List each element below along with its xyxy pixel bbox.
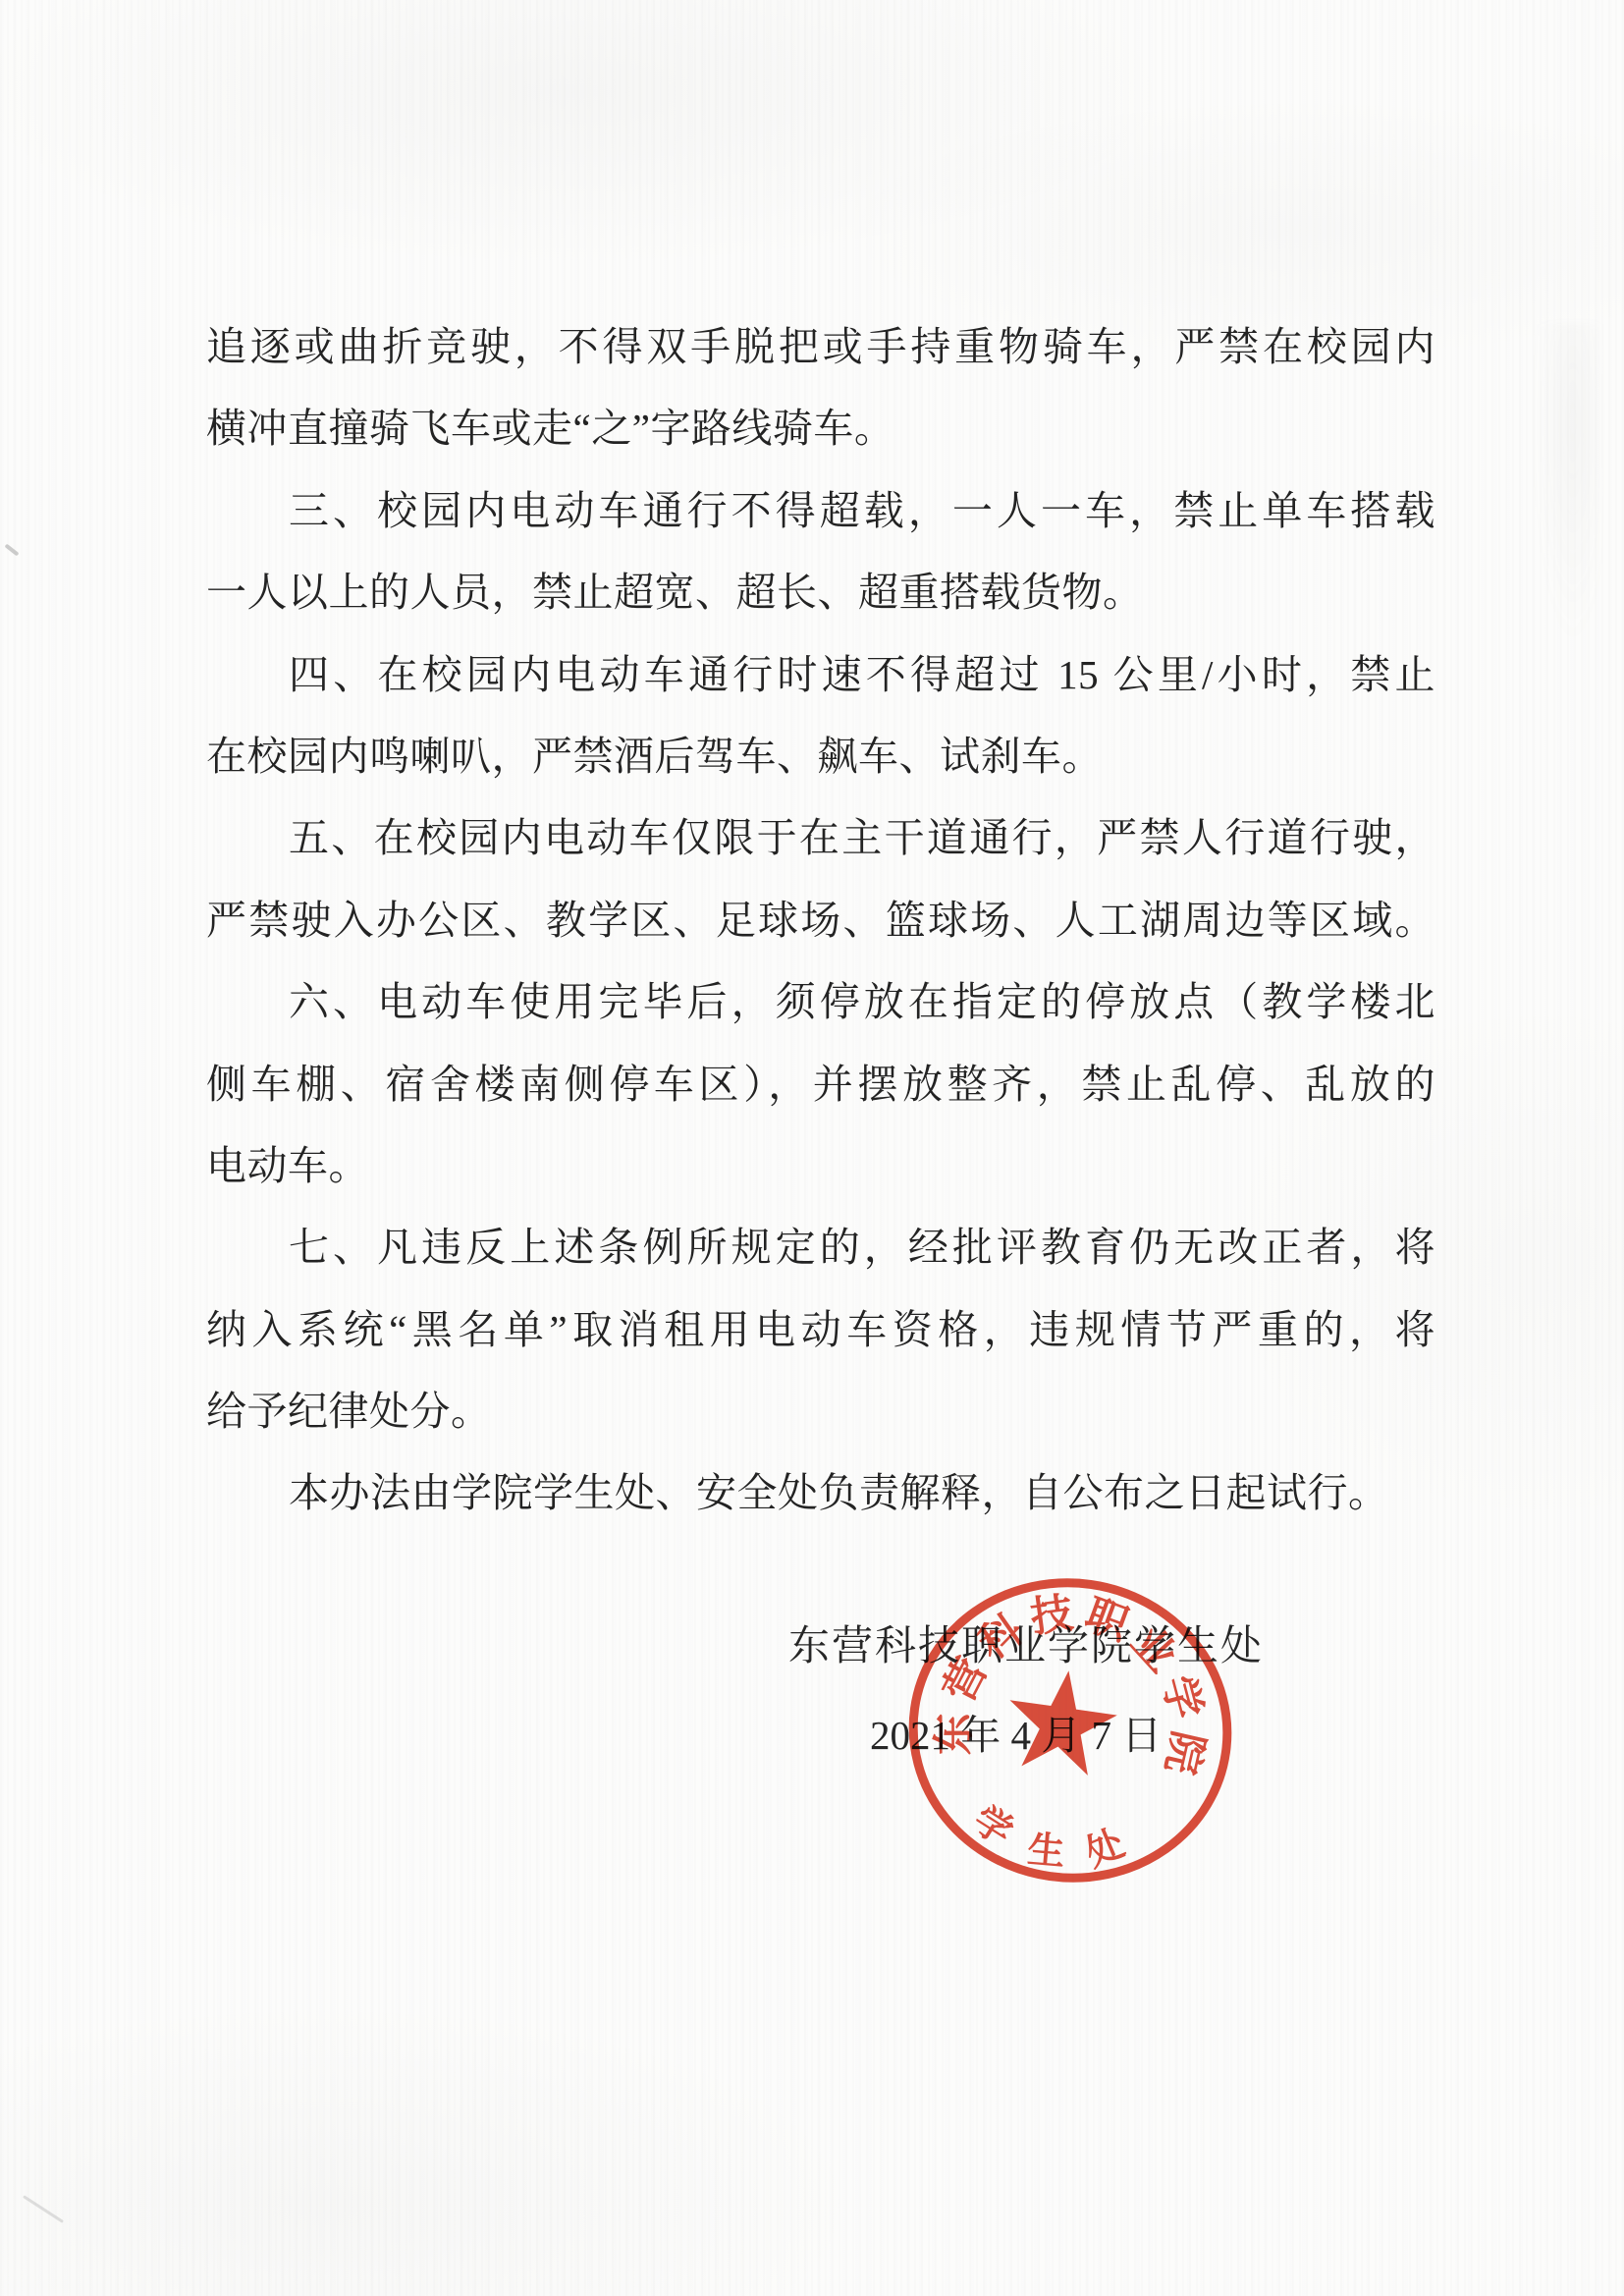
scanned-document-page: 追逐或曲折竞驶，不得双手脱把或手持重物骑车，严禁在校园内 横冲直撞骑飞车或走“之… <box>0 0 1624 2296</box>
official-seal: 东营科技职业学院 学生处 <box>898 1558 1242 1902</box>
seal-star-icon <box>1001 1664 1122 1778</box>
body-line: 严禁驶入办公区、教学区、足球场、篮球场、人工湖周边等区域。 <box>206 880 1435 961</box>
scan-artifact <box>23 2195 64 2223</box>
scan-artifact <box>1532 324 1600 648</box>
body-line: 追逐或曲折竞驶，不得双手脱把或手持重物骑车，严禁在校园内 <box>206 306 1435 388</box>
body-line: 电动车。 <box>206 1125 1435 1207</box>
body-line: 横冲直撞骑飞车或走“之”字路线骑车。 <box>206 388 1435 469</box>
body-line-closing: 本办法由学院学生处、安全处负责解释，自公布之日起试行。 <box>206 1452 1435 1534</box>
scan-artifact <box>4 543 19 556</box>
body-line: 纳入系统“黑名单”取消租用电动车资格，违规情节严重的，将 <box>206 1289 1435 1371</box>
document-body: 追逐或曲折竞驶，不得双手脱把或手持重物骑车，严禁在校园内 横冲直撞骑飞车或走“之… <box>206 306 1435 1535</box>
svg-text:学生处: 学生处 <box>962 1788 1161 1887</box>
body-line-item-5: 五、在校园内电动车仅限于在主干道通行，严禁人行道行驶， <box>206 797 1435 879</box>
official-seal-svg: 东营科技职业学院 学生处 <box>898 1558 1242 1902</box>
body-line: 在校园内鸣喇叭，严禁酒后驾车、飙车、试刹车。 <box>206 716 1435 797</box>
seal-bottom-text: 学生处 <box>962 1788 1161 1887</box>
body-line-item-4: 四、在校园内电动车通行时速不得超过 15 公里/小时，禁止 <box>206 634 1435 716</box>
body-line: 给予纪律处分。 <box>206 1371 1435 1452</box>
body-line-item-3: 三、校园内电动车通行不得超载，一人一车，禁止单车搭载 <box>206 470 1435 552</box>
body-line-item-7: 七、凡违反上述条例所规定的，经批评教育仍无改正者，将 <box>206 1207 1435 1288</box>
body-line: 一人以上的人员，禁止超宽、超长、超重搭载货物。 <box>206 552 1435 633</box>
body-line: 侧车棚、宿舍楼南侧停车区），并摆放整齐，禁止乱停、乱放的 <box>206 1044 1435 1125</box>
body-line-item-6: 六、电动车使用完毕后，须停放在指定的停放点（教学楼北 <box>206 961 1435 1043</box>
